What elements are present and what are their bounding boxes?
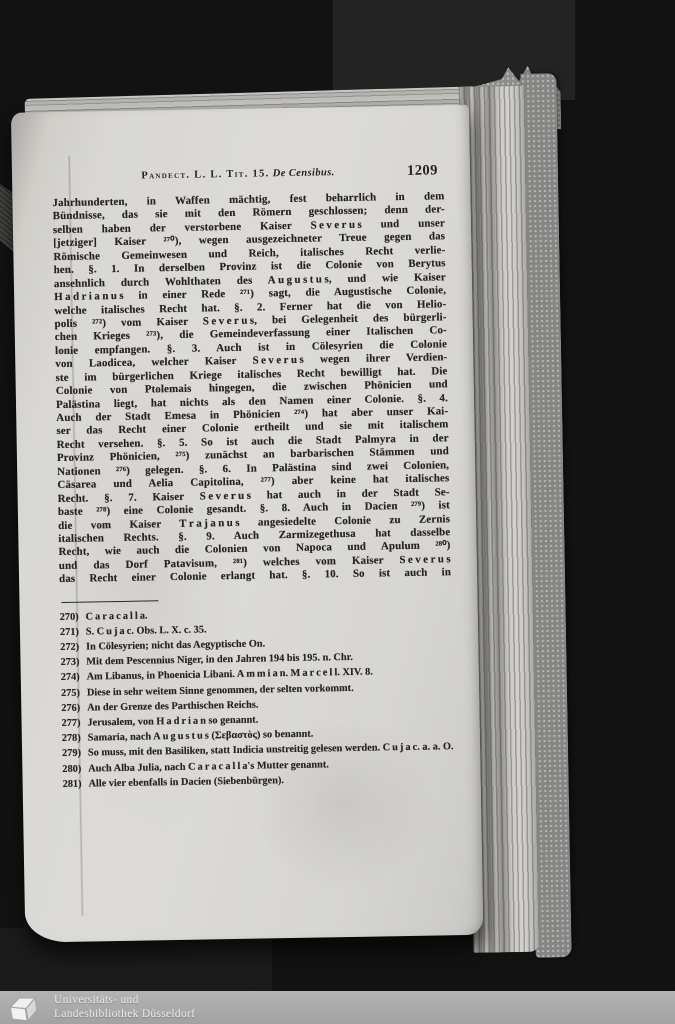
footnote-separator [61, 600, 158, 603]
running-title: Pandect. L. L. Tit. 15. De Censibus. [122, 167, 354, 182]
scan-background: Pandect. L. L. Tit. 15. De Censibus. 120… [0, 0, 675, 1024]
book: Pandect. L. L. Tit. 15. De Censibus. 120… [0, 65, 577, 967]
footnote-text: Auch Alba Julia, nach C a r a c a l l a'… [88, 759, 329, 774]
library-watermark-bar: Universitäts- und Landesbibliothek Düsse… [0, 991, 675, 1024]
footnote-text: S. C u j a c. Obs. L. X. c. 35. [86, 624, 207, 637]
footnote-number: 280) [62, 763, 81, 774]
footnote-number: 276) [61, 702, 80, 713]
footnote-number: 271) [60, 627, 79, 638]
page-number: 1209 [407, 162, 438, 180]
footnote-text: An der Grenze des Parthischen Reichs. [87, 699, 258, 713]
library-name-line1: Universitäts- und [54, 994, 195, 1008]
footnote-text: Am Libanus, in Phoenicia Libani. A m m i… [87, 667, 373, 683]
library-name-line2: Landesbibliothek Düsseldorf [54, 1008, 195, 1022]
footnote-text: Mit dem Pescennius Niger, in den Jahren … [86, 652, 353, 668]
footnote-text: Alle vier ebenfalls in Dacien (Siebenbür… [88, 775, 284, 789]
main-text: Jahrhunderten, in Waffen mächtig, fest b… [52, 190, 451, 586]
footnote-number: 279) [62, 748, 81, 759]
footnote-number: 278) [62, 733, 81, 744]
footnote-number: 275) [61, 687, 80, 698]
footnote-text: In Cölesyrien; nicht das Aegyptische On. [86, 638, 265, 652]
scanned-page: Pandect. L. L. Tit. 15. De Censibus. 120… [11, 105, 483, 943]
page-content: Pandect. L. L. Tit. 15. De Censibus. 120… [52, 165, 455, 794]
running-title-italic: De Censibus. [273, 167, 335, 179]
footnote-number: 281) [63, 778, 82, 789]
library-logo-icon [4, 993, 44, 1023]
footnote-number: 274) [61, 672, 80, 683]
footnote-text: Samaria, nach A u g u s t u s (Σεβαστὸς)… [88, 729, 314, 744]
running-header: Pandect. L. L. Tit. 15. De Censibus. 120… [52, 165, 444, 190]
running-title-text: Pandect. L. L. Tit. 15. [141, 168, 269, 181]
footnote-number: 273) [60, 657, 79, 668]
footnotes: 270)C a r a c a l l a. 271)S. C u j a c.… [60, 605, 455, 791]
library-name: Universitäts- und Landesbibliothek Düsse… [54, 994, 195, 1021]
footnote-number: 270) [60, 611, 79, 622]
footnote-text: Diese in sehr weitem Sinne genommen, der… [87, 683, 354, 699]
footnote-number: 272) [60, 642, 79, 653]
footnote-number: 277) [61, 718, 80, 729]
footnote-text: Jerusalem, von H a d r i a n so genannt. [87, 715, 258, 729]
footnote-text: C a r a c a l l a. [86, 610, 148, 622]
